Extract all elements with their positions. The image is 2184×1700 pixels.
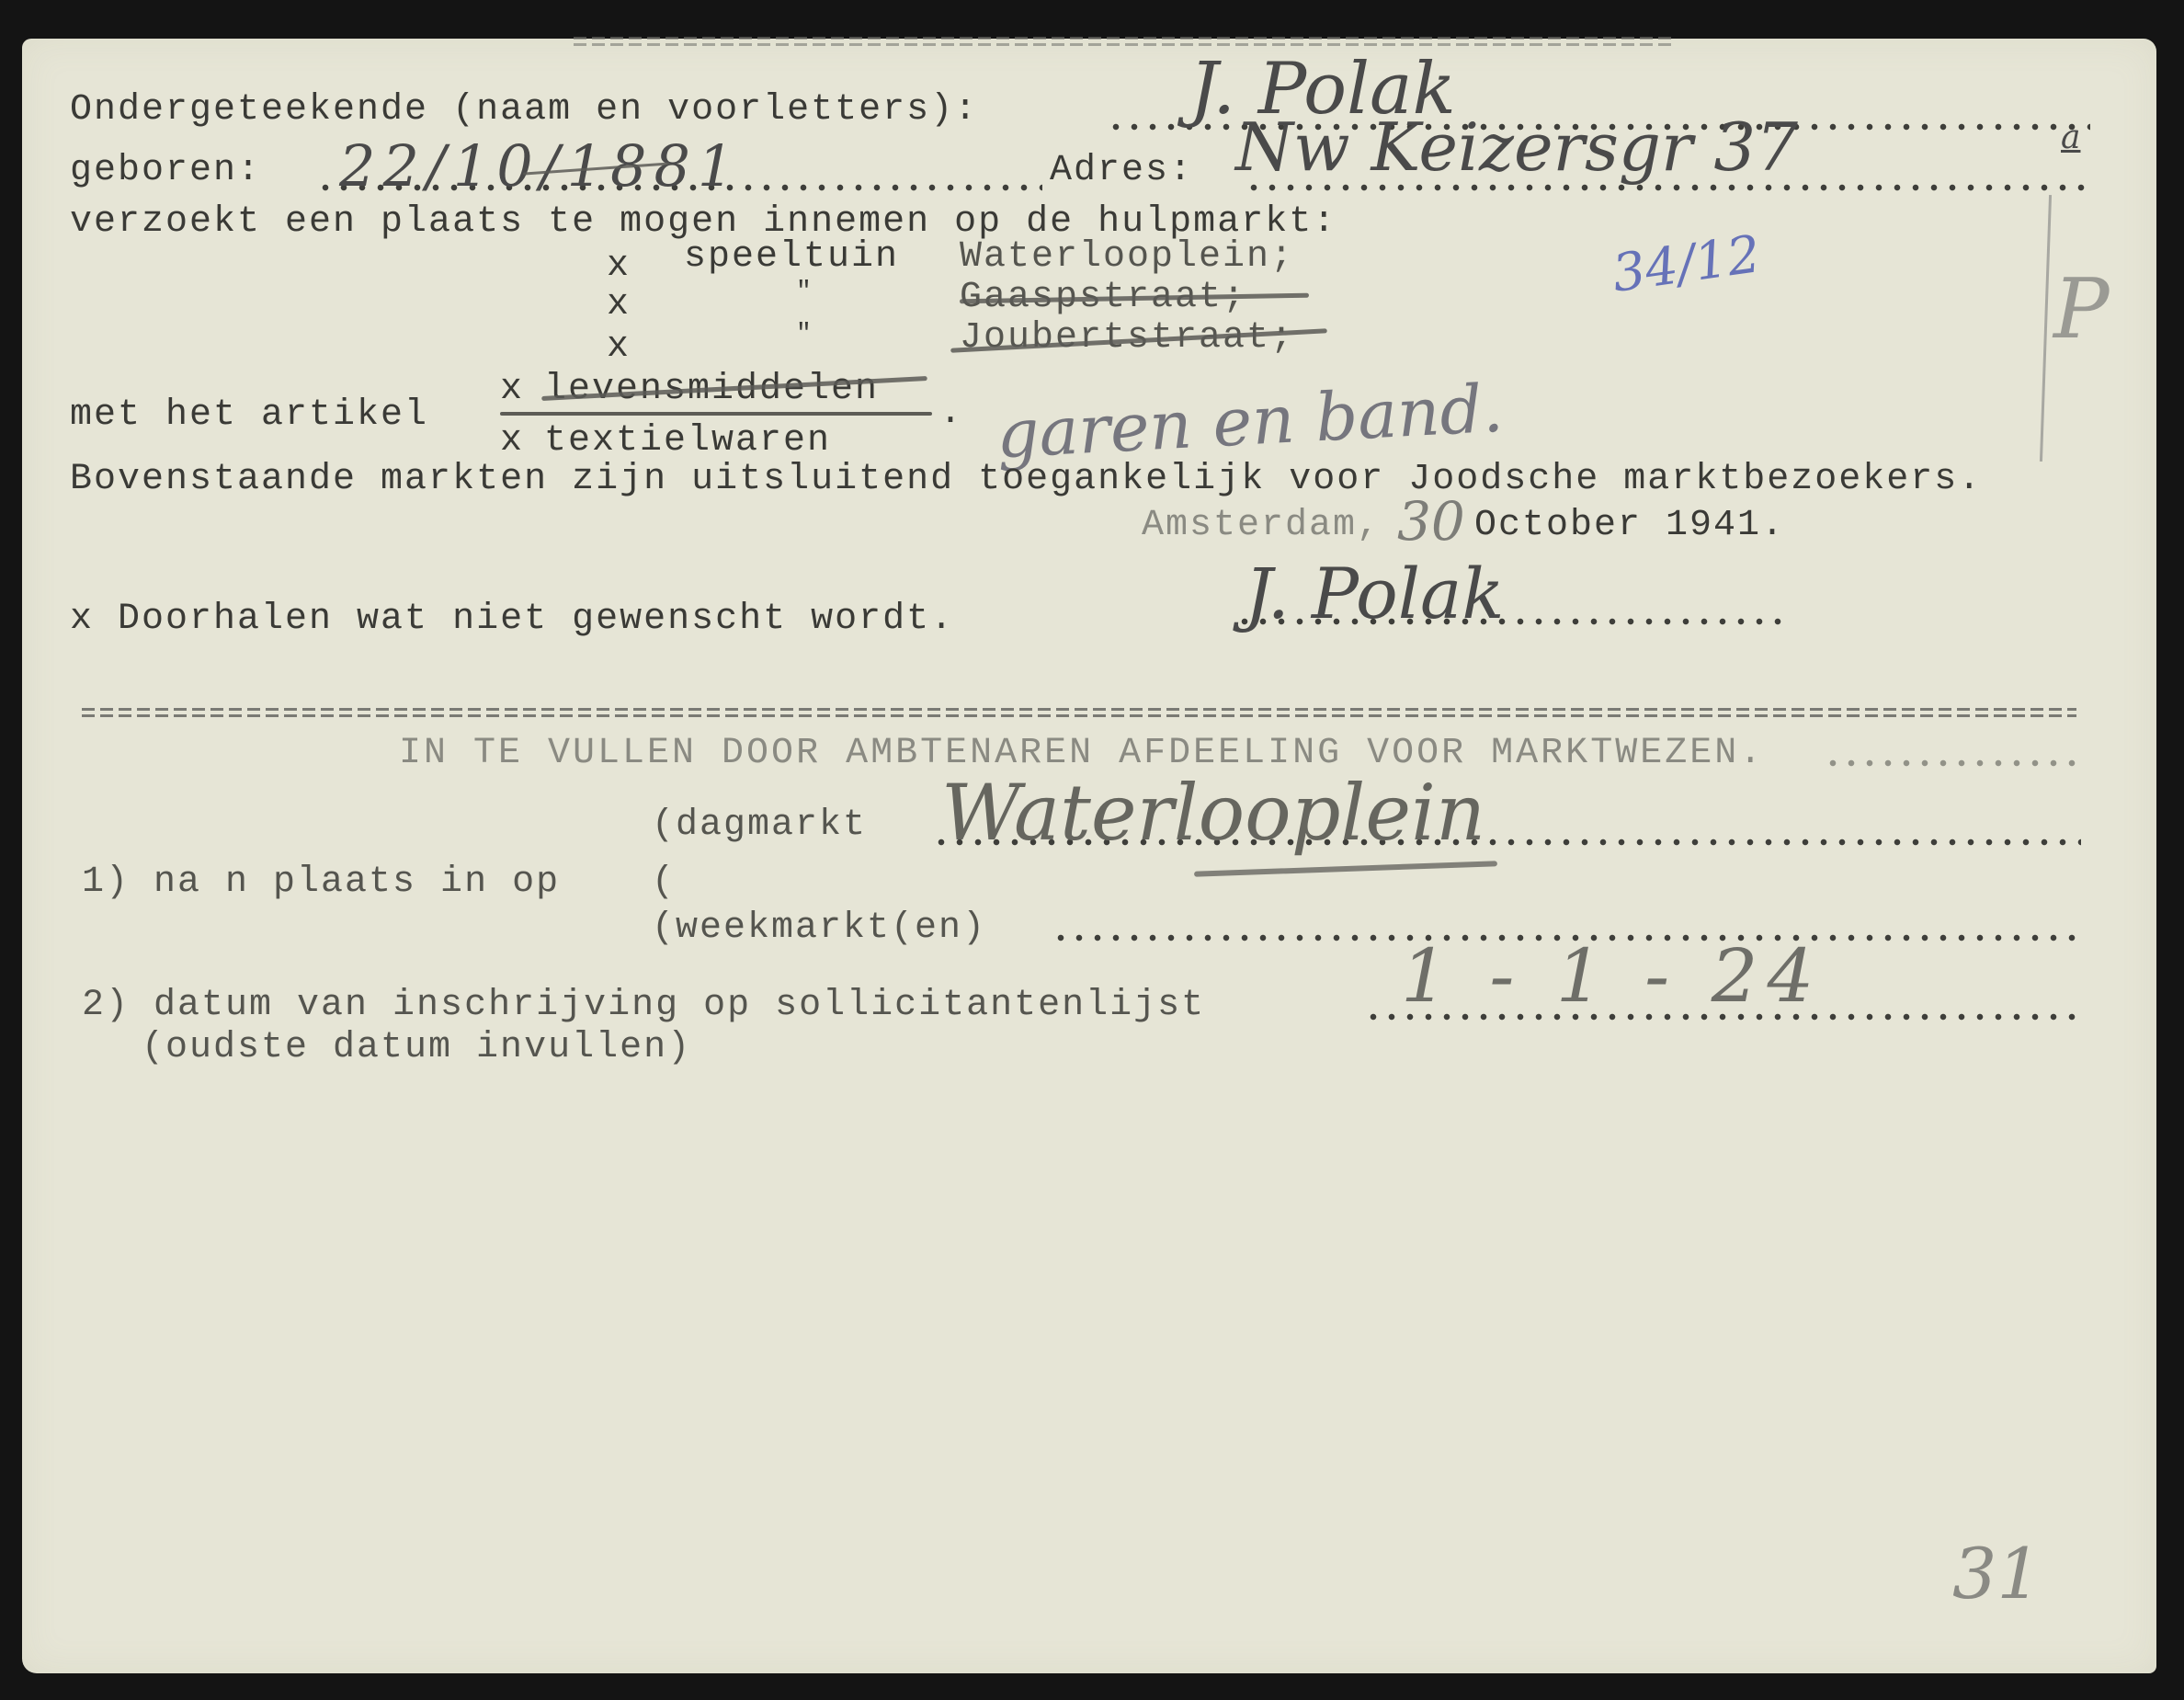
born-value: 22/10/1881 [339,138,741,195]
item2-value: 1 - 1 - 24 [1401,940,1823,1013]
article-handwritten: garen en band. [995,375,1505,468]
item2-label: 2) datum van inschrijving op sollicitant… [82,987,1205,1024]
address-value: Nw Keizersgr 37 [1235,114,1798,180]
article-label: met het artikel [70,397,428,434]
article-period: . [939,395,963,432]
born-label: geboren: [70,153,261,189]
article-option-marker[interactable]: x [500,371,524,408]
name-label: Ondergeteekende (naam en voorletters): [70,92,978,129]
article-option-textielwaren: textielwaren [544,423,831,460]
market-option-marker[interactable]: x [607,329,631,366]
place-label: Amsterdam, [1142,508,1381,544]
notice-text: Bovenstaande markten zijn uitsluitend to… [70,462,1982,498]
top-rule [574,37,1677,46]
market-option-waterlooplein: Waterlooplein; [960,239,1294,276]
market-option-marker[interactable]: x [607,287,631,324]
date-rest: October 1941. [1474,508,1785,544]
address-label: Adres: [1050,153,1193,189]
article-divider-line [500,412,932,416]
initials-mark: P [2053,268,2110,351]
signature: J. Polak [1245,559,1504,629]
margin-note: 34/12 [1610,229,1764,301]
item1-label: 1) na n plaats in op [82,864,560,901]
address-suffix: a [2061,121,2080,154]
pencil-underline [1194,861,1497,877]
official-section-rule [82,708,2076,717]
official-heading-dots [1824,759,2081,767]
official-heading: IN TE VULLEN DOOR AMBTENAREN AFDEELING V… [399,736,1764,772]
dagmarkt-label: (dagmarkt [652,807,867,844]
weekmarkt-label: (weekmarkt(en) [652,910,986,947]
margin-vertical-line [2040,195,2052,462]
market-option-ditto: " [796,280,813,305]
dagmarkt-value: Waterlooplein [941,774,1485,851]
item2-sub: (oudste datum invullen) [142,1030,691,1067]
date-day: 30 [1397,495,1465,548]
request-text: verzoekt een plaats te mogen innemen op … [70,204,1337,241]
footnote-text: x Doorhalen wat niet gewenscht wordt. [70,601,954,638]
brace-middle: ( [652,864,676,901]
page-number: 31 [1952,1539,2042,1609]
article-option-marker[interactable]: x [500,423,524,460]
market-option-marker[interactable]: x [607,248,631,285]
market-option-ditto: " [796,322,813,348]
document-page: Ondergeteekende (naam en voorletters): J… [22,39,2156,1673]
market-option-prefix: speeltuin [684,239,899,276]
